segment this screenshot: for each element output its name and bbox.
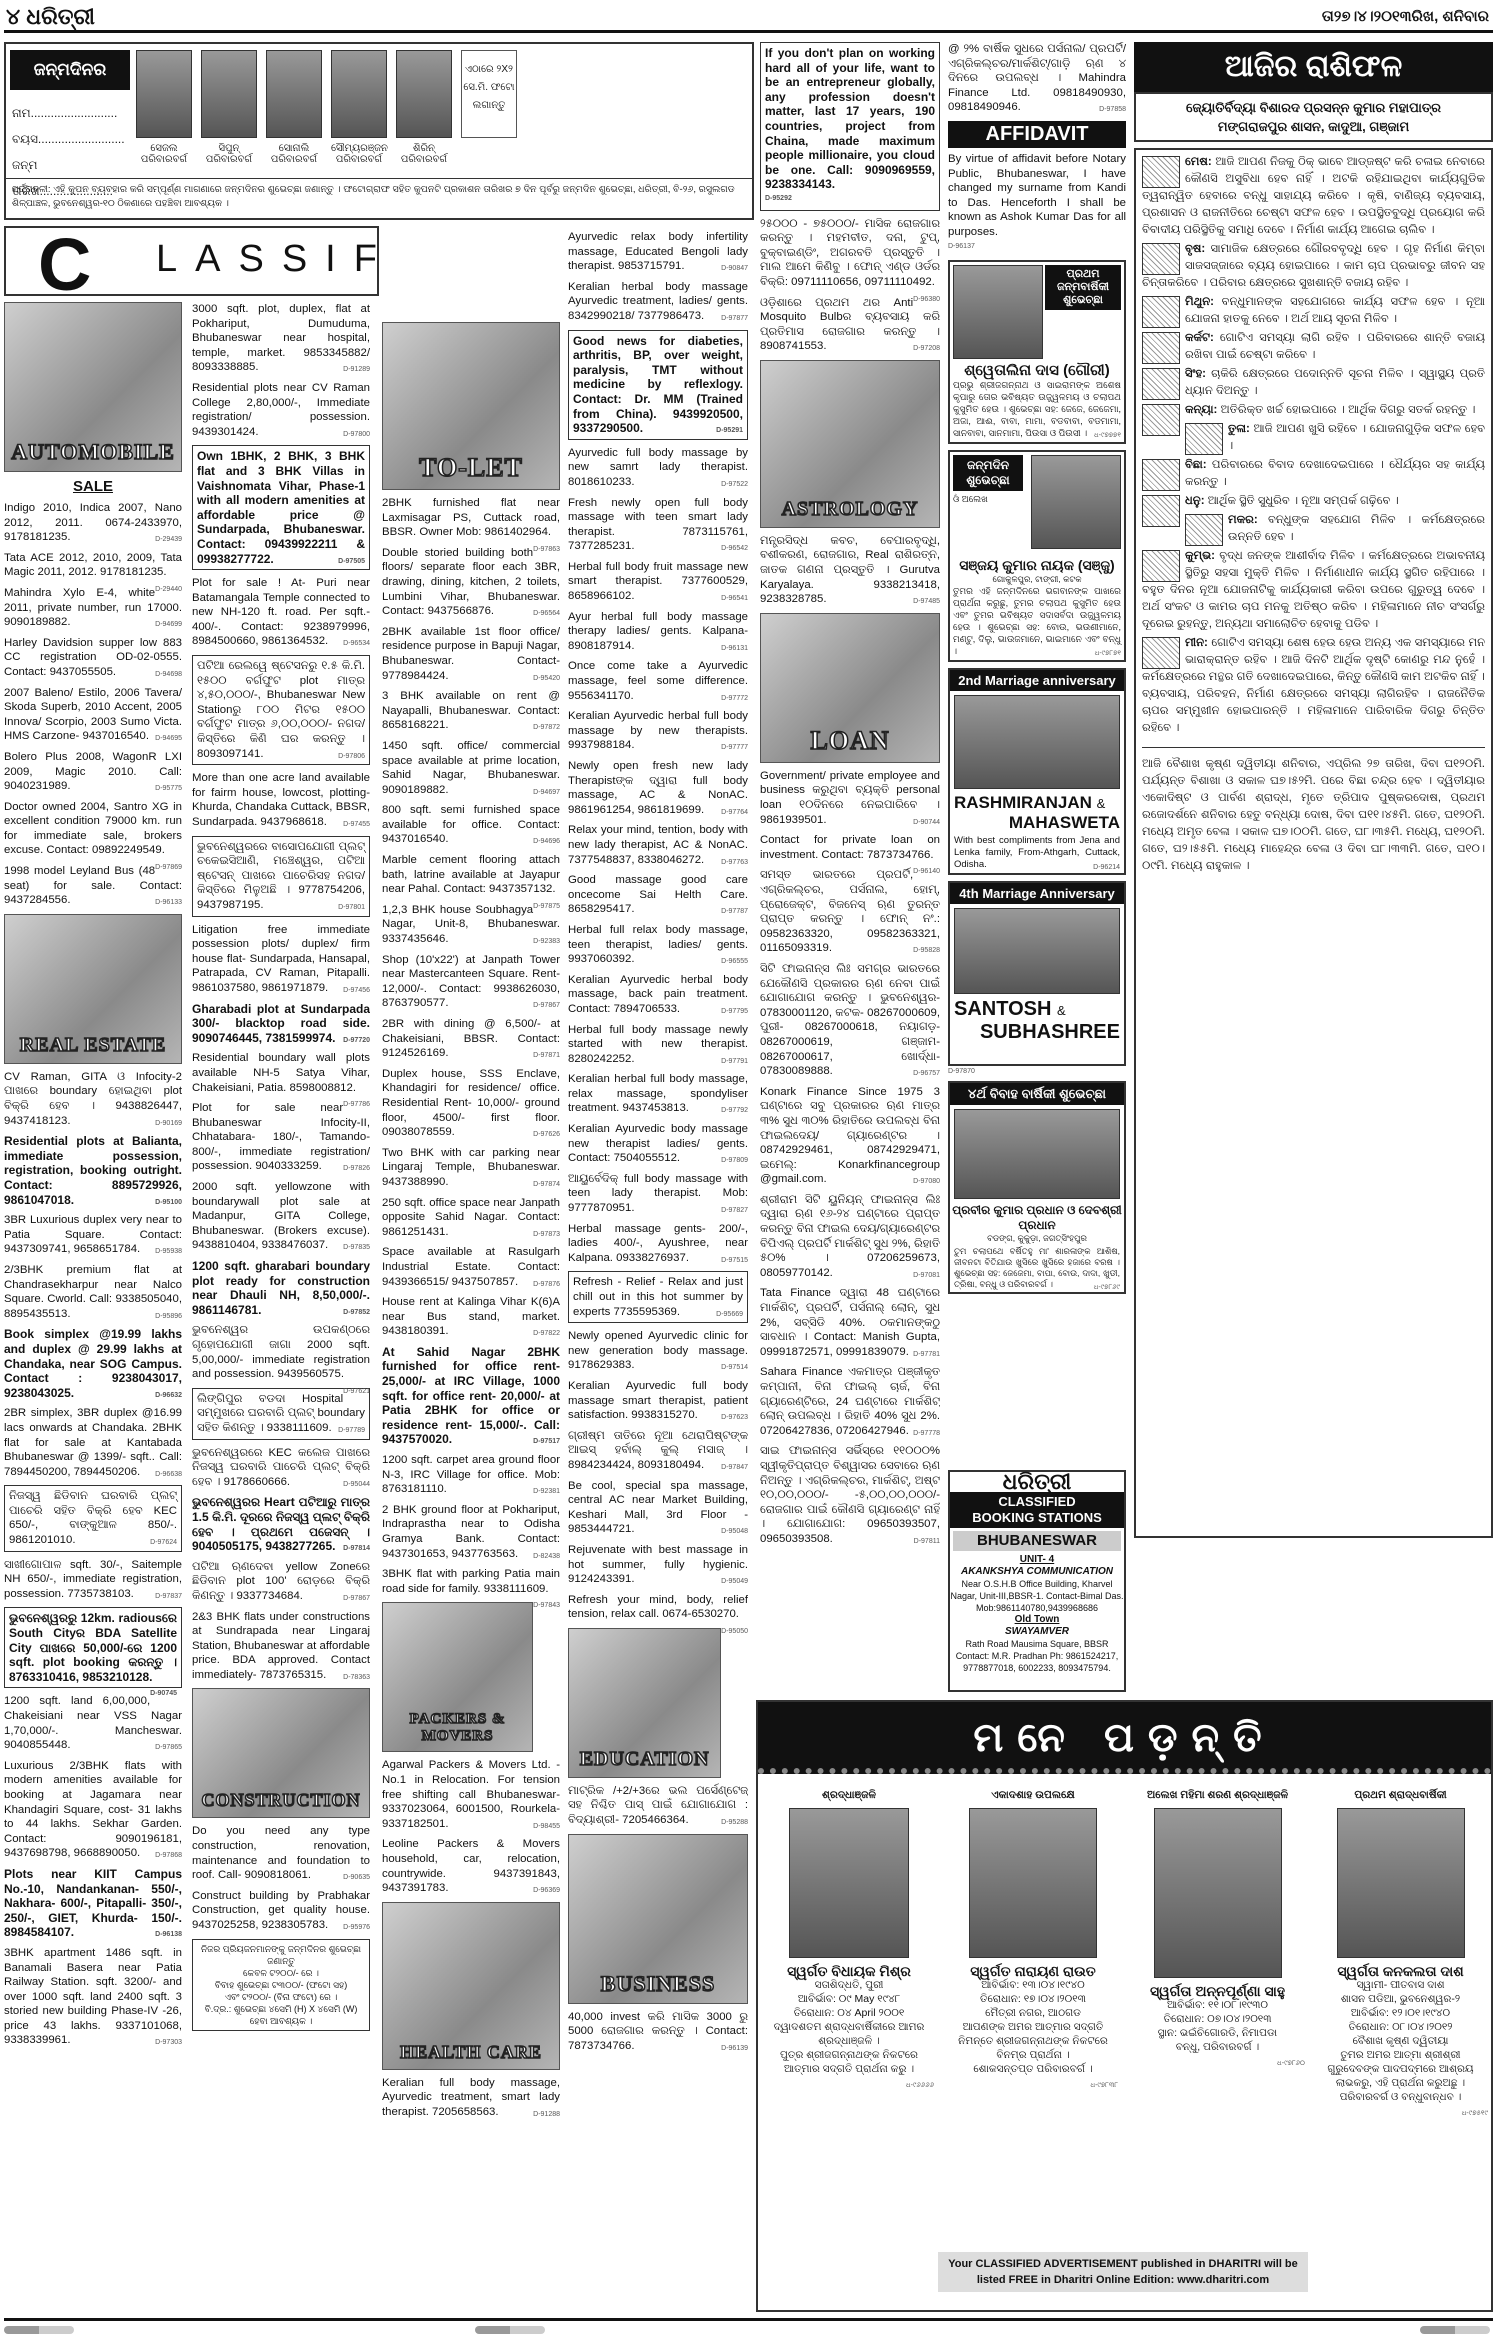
top-rule <box>4 30 1493 33</box>
classified-ad: Keralian full body massage, Ayurvedic tr… <box>382 2076 560 2120</box>
to-let-image: TO-LET <box>382 322 560 490</box>
classified-ad: Herbal massage gents- 200/-, ladies 400/… <box>568 1222 748 1266</box>
classified-ad: ଭୁବନେଶ୍ୱର ଉପକଣ୍ଠରେ ଗୃହୋପଯୋଗୀ ଜାଗା 2000 s… <box>192 1323 370 1381</box>
classified-ad: 800 sqft. semi furnished space available… <box>382 803 560 847</box>
classified-ad: Luxurious 2/3BHK flats with modern ameni… <box>4 1759 182 1861</box>
page-marker-right <box>1420 2326 1490 2334</box>
classified-ad: More than one acre land available for fa… <box>192 771 370 829</box>
classified-ad: ଭୁବନେଶ୍ୱରରୁ 12km. radiousରେ South Cityର … <box>4 1607 182 1688</box>
classified-ad: Ayurvedic relax body infertility massage… <box>568 230 748 274</box>
classified-ad: 2BHK available 1st floor office/ residen… <box>382 625 560 683</box>
classified-ad: Doctor owned 2004, Santro XG in excellen… <box>4 800 182 858</box>
classified-ad: Refresh - Relief - Relax and just chill … <box>568 1271 748 1323</box>
classified-ad: ପଟିଆ ଋଣଦେବା yellow Zoneରେ ଛିଡିବାନ plot 1… <box>192 1560 370 1604</box>
classified-ad: 1200 sqft. carpet area ground floor N-3,… <box>382 1453 560 1497</box>
classified-ad: ଭୁବନେଶ୍ୱରର Heart ପଟିଆରୁ ମାତ୍ର 1.5 କି.ମି.… <box>192 1495 370 1553</box>
classified-ad: 3 BHK available on rent @ Nayapalli, Bhu… <box>382 689 560 733</box>
classified-ad: ଭୁବନେଶ୍ୱରରେ ବାସୋପଯୋଗୀ ପ୍ଲଟ୍ ଚକେଇସିଆଣି, ମ… <box>192 836 370 917</box>
column-massage: Ayurvedic relax body infertility massage… <box>568 230 748 2312</box>
almanac: ଆଜି ବୈଶାଖ କୃଷ୍ଣ ଦ୍ୱିତୀୟା ଶନିବାର, ଏପ୍ରିଲ … <box>1142 747 1485 875</box>
classified-ad: Be cool, special spa massage, central AC… <box>568 1479 748 1537</box>
page-number-masthead: ୪ ଧରିତ୍ରୀ <box>6 4 95 30</box>
classified-ad: Keralian herbal body massage Ayurvedic t… <box>568 280 748 324</box>
child-photo <box>266 50 322 138</box>
classified-ad: Do you need any type construction, renov… <box>192 1824 370 1882</box>
classified-ad: Residential boundary wall plots availabl… <box>192 1051 370 1095</box>
classified-ad: Residential plots near CV Raman College … <box>192 381 370 439</box>
mosquito-ad: ଓଡ଼ିଶାରେ ପ୍ରଥମ ଥର Anti Mosquito Bulbର ବ୍… <box>760 296 940 354</box>
banner-letter-c: C <box>38 226 91 296</box>
entrepreneur-ad: If you don't plan on working hard all of… <box>760 42 940 211</box>
classified-ad: Keralian Ayurvedic full body massage sma… <box>568 1379 748 1423</box>
classified-ad: Tata ACE 2012, 2010, 2009, Tata Magic 20… <box>4 551 182 580</box>
business-image: BUSINESS <box>568 1834 748 2004</box>
automobile-image: AUTOMOBILE <box>4 302 182 472</box>
classified-ad: 2BR with dining @ 6,500/- at Chakeisiani… <box>382 1017 560 1061</box>
real-estate-image: REAL ESTATE <box>4 914 182 1064</box>
online-edition-note[interactable]: Your CLASSIFIED ADVERTISEMENT published … <box>938 2252 1308 2292</box>
sign-entry: ମେଷ: ଆଜି ଆପଣ ନିଜକୁ ଠିକ୍ ଭାବେ ଆଡ୍‌ଜଷ୍ଟ କର… <box>1142 154 1485 239</box>
couple-photo <box>954 695 1120 789</box>
classified-ad: 3000 sqft. plot, duplex, flat at Pokhari… <box>192 302 370 375</box>
sign-entry: କନ୍ୟା: ଅତିରିକ୍ତ ଖର୍ଚ୍ଚ ହୋଇପାରେ । ଆର୍ଥିକ … <box>1142 402 1485 419</box>
aquarius-icon <box>1142 550 1180 582</box>
sign-entry: ବୃଷ: ସାମାଜିକ କ୍ଷେତ୍ରରେ ଗୌରବବୃଦ୍ଧି ହେବ । … <box>1142 241 1485 292</box>
greeting-tag: ଜନ୍ମଦିନ ଶୁଭେଚ୍ଛା <box>953 455 1023 491</box>
fourth-anniversary-greeting: 4th Marriage Anniversary SANTOSH & SUBHA… <box>948 881 1126 1066</box>
photo-slot[interactable]: ଏଠାରେ ୨X୨ ସେ.ମି. ଫଟୋ ଲଗାନ୍ତୁ <box>461 50 517 138</box>
astrology-image: ASTROLOGY <box>760 360 940 528</box>
construction-image: CONSTRUCTION <box>192 1688 370 1818</box>
classified-ad: Government/ private employee and busines… <box>760 769 940 827</box>
sign-entry: ବିଛା: ପରିବାରରେ ବିବାଦ ଦେଖାଦେଇପାରେ । ଧୈର୍ଯ… <box>1142 457 1485 491</box>
issue-date: ତା୨୭।୪।୨୦୧୩ରିଖ, ଶନିବାର <box>1322 8 1489 25</box>
classified-ad: 250 sqft. office space near Janpath oppo… <box>382 1196 560 1240</box>
classified-banner: C LASSIFIED <box>4 226 379 296</box>
column-automobile-realestate: AUTOMOBILE SALE Indigo 2010, Indica 2007… <box>4 302 182 2312</box>
mahindra-ad: @ ୨% ବାର୍ଷିକ ସୁଧରେ ପର୍ସନାଲ/ ପ୍ରପର୍ଟି/ଏଗ୍… <box>948 42 1126 115</box>
classified-ad: Contact for private loan on investment. … <box>760 833 940 862</box>
loan-image: LOAN <box>760 613 940 763</box>
classified-ad: Tata Finance ଦ୍ୱାରା 48 ଘଣ୍ଟାରେ ମାର୍କଶିଟ୍… <box>760 1286 940 1359</box>
classified-ad: Fresh newly open full body massage with … <box>568 496 748 554</box>
classified-ad: Keralian Ayurvedic herbal full body mass… <box>568 709 748 753</box>
page-marker-center <box>475 2326 545 2334</box>
second-anniversary-greeting: 2nd Marriage anniversary RASHMIRANJAN & … <box>948 668 1126 875</box>
name-field[interactable]: ନାମ.......................... <box>12 100 132 126</box>
child-card: ସୌମ୍ୟରଞ୍ଜନପରିବାରବର୍ଗ <box>331 50 387 165</box>
child-card: ସୋନାଲିପରିବାରବର୍ଗ <box>266 50 322 165</box>
classified-ad: Two BHK with car parking near Lingaraj T… <box>382 1146 560 1190</box>
coupon-title: ଜନ୍ମଦିନର ଶୁଭେଚ୍ଛା <box>10 50 130 90</box>
obituary-card: ଅଲେଖ ମହିମା ଶରଣ ଶ୍ରଦ୍ଧାଞ୍ଜଳି ସ୍ୱର୍ଗତା ଅନ୍… <box>1130 1788 1305 2071</box>
banner-text: LASSIFIED <box>156 238 379 281</box>
column-realestate-2: 3000 sqft. plot, duplex, flat at Pokhari… <box>192 302 370 2312</box>
sign-entry: ମୀନ: ଗୋଟିଏ ସମସ୍ୟା ଶେଷ ହେଉ ହେଉ ଅନ୍ୟ ଏକ ସମ… <box>1142 635 1485 737</box>
classified-ad: 3BR Luxurious duplex very near to Patia … <box>4 1213 182 1257</box>
pisces-icon <box>1142 637 1180 669</box>
classified-ad: Harley Davidsion supper low 883 CC regis… <box>4 636 182 680</box>
obituary-card: ପ୍ରଥମ ଶ୍ରାଦ୍ଧବାର୍ଷିକୀ ସ୍ୱର୍ଗତା କନକଲତା ଦା… <box>1313 1788 1488 2121</box>
health-care-image: HEALTH CARE <box>382 1902 560 2070</box>
horoscope-section: ଆଜିର ରାଶିଫଳ ଜ୍ୟୋତିର୍ବିଦ୍ୟା ବିଶାରଦ ପ୍ରସନ୍… <box>1134 42 1493 1692</box>
sign-entry: ଧନୁ: ଆର୍ଥିକ ସ୍ଥିତି ସୁଧୁରିବ । ନୂଆ ସମ୍ପର୍କ… <box>1142 493 1485 510</box>
classified-ad: Newly opened Ayurvedic clinic for new ge… <box>568 1329 748 1373</box>
bottom-rule <box>4 2318 1493 2321</box>
sign-entry: ତୁଳା: ଆଜି ଆପଣ ଖୁସି ରହିବେ । ଯୋଜନାଗୁଡ଼ିକ ସ… <box>1142 421 1485 455</box>
classified-ad: Newly open fresh new lady Therapistଙ୍କ ଦ… <box>568 759 748 817</box>
obituary-photo <box>1154 1808 1282 1978</box>
classified-ad: ଭୁବନେଶ୍ୱରରେ KEC କଲେଜ ପାଖରେ ନିଜସ୍ୱ ଘରବାରି… <box>192 1446 370 1490</box>
page-marker-left <box>4 2326 74 2334</box>
classified-ad: 2007 Baleno/ Estilo, 2006 Tavera/ Skoda … <box>4 686 182 744</box>
classified-ad: ସାଖୀଗୋପାଳ sqft. 30/-, Saitemple NH 650/-… <box>4 1558 182 1602</box>
classified-ad: ସମସ୍ତ ଭାରତରେ ପ୍ରପର୍ଟି, ଏଗ୍ରିକଲ୍ଚର, ପର୍ସନ… <box>760 868 940 956</box>
libra-icon <box>1185 423 1223 455</box>
classified-ad: Konark Finance Since 1975 3 ଘଣ୍ଟାରେ ସବୁ … <box>760 1085 940 1187</box>
packers-movers-image: PACKERS & MOVERS <box>382 1602 533 1752</box>
classified-ad: Herbal full body massage newly started w… <box>568 1023 748 1067</box>
sign-entry: କର୍କଟ: ଗୋଟିଏ ସମସ୍ୟା ଲାଗି ରହିବ । ପରିବାରରେ… <box>1142 330 1485 364</box>
classified-ad: Sahara Finance ଏକମାତ୍ର ପଞ୍ଜୀକୃତ କମ୍ପାନୀ,… <box>760 1365 940 1438</box>
classified-ad: Plot for sale ! At- Puri near Batamangal… <box>192 576 370 649</box>
classified-ad: Own 1BHK, 2 BHK, 3 BHK flat and 3 BHK Vi… <box>192 445 370 570</box>
birthday-coupon: ଜନ୍ମଦିନର ଶୁଭେଚ୍ଛା ନାମ...................… <box>4 42 754 220</box>
classified-ad: 1200 sqft. gharabari boundary plot ready… <box>192 1259 370 1317</box>
classified-ad: Gharabadi plot at Sundarpada 300/- black… <box>192 1002 370 1046</box>
obituary-photo <box>1337 1808 1465 1958</box>
classified-ad: Relax your mind, tention, body with new … <box>568 823 748 867</box>
obituary-card: ଶ୍ରଦ୍ଧାଞ୍ଜଳି ସ୍ୱର୍ଗତ ବିଧାୟକ ମିଶ୍ର ସତାଶିଦ… <box>764 1788 934 2093</box>
affidavit-heading: AFFIDAVIT <box>948 121 1126 148</box>
classified-ad: ମନ୍ତ୍ରସିଦ୍ଧ କବଚ, ବେପାରବୃଦ୍ଧି, ବଶୀକରଣ, ରୋ… <box>760 534 940 607</box>
child-photo <box>136 50 192 138</box>
classified-ad: Leoline Packers & Movers household, car,… <box>382 1837 560 1895</box>
sign-entry: ସିଂହ: ଚାକିରି କ୍ଷେତ୍ରରେ ପଦୋନ୍ନତି ସୂଚନା ମି… <box>1142 366 1485 400</box>
classified-ad: House rent at Kalinga Vihar K(6)A near B… <box>382 1295 560 1339</box>
classified-ad: Residential plots at Balianta, immediate… <box>4 1134 182 1207</box>
classified-ad: Refresh your mind, body, relief tension,… <box>568 1593 748 1622</box>
sagittarius-icon <box>1142 495 1180 527</box>
classified-ad: Ayurvedic full body massage by new samrt… <box>568 446 748 490</box>
classified-ad: ପଟିଆ ରେଲୱେ ଷ୍ଟେସନରୁ ୧.୫ କି.ମି. ୧୫୦୦ ବର୍ଗ… <box>192 655 370 765</box>
classified-ad: 1450 sqft. office/ commercial space avai… <box>382 739 560 797</box>
classified-ad: Rejuvenate with best massage in hot summ… <box>568 1543 748 1587</box>
first-birthday-greeting: ପ୍ରଥମ ଜନ୍ମବାର୍ଷିକୀ ଶୁଭେଚ୍ଛା ଶ୍ୱେତାଲିନା ଦ… <box>948 260 1126 444</box>
classified-ad: Plots near KIIT Campus No.-10, Nandankan… <box>4 1867 182 1940</box>
classified-ad: 3BHK flat with parking Patia main road s… <box>382 1567 560 1596</box>
child-photo <box>331 50 387 138</box>
classified-ad: Ayur herbal full body massage therapy la… <box>568 610 748 654</box>
classified-ad: 2BR simplex, 3BR duplex @16.99 lacs onwa… <box>4 1406 182 1479</box>
greeting-name: ସଞ୍ଜୟ କୁମାର ନାୟକ (ସଞ୍ଜୁ) <box>953 557 1121 574</box>
classified-ad: Herbal full relax body massage, teen the… <box>568 923 748 967</box>
classified-ad: 3BHK apartment 1486 sqft. in Banamali Ba… <box>4 1946 182 2048</box>
classified-ad: Duplex house, SSS Enclave, Khandagiri fo… <box>382 1067 560 1140</box>
child-card: ଶିରିନ୍ପରିବାରବର୍ଗ <box>396 50 452 165</box>
classified-ad: ଗ୍ରୀଷ୍ମ ତାତିରେ ନୂଆ ଥେରାପିଷ୍ଟଙ୍କ ଆଇସ୍ ହର୍… <box>568 1429 748 1473</box>
classified-ad: Keralian herbal full body massage, relax… <box>568 1072 748 1116</box>
fourth-anniversary-odia-greeting: ୪ର୍ଥ ବିବାହ ବାର୍ଷିକୀ ଶୁଭେଚ୍ଛା ପ୍ରବୀର କୁମା… <box>948 1081 1126 1294</box>
classified-ad: ମାଟ୍ରିକ /+2/+3ରେ ଭଲ ପର୍ସେଣ୍ଟେଜ୍ ସହ ନିଶ୍ଚ… <box>568 1784 748 1828</box>
sign-entry: କୁମ୍ଭ: ବୃଦ୍ଧ ଜନଙ୍କ ଆଶୀର୍ବାଦ ମିଳିବ । କର୍ମ… <box>1142 548 1485 633</box>
classified-ad: ଆୟୁର୍ବେଦିକ୍ full body massage with teen … <box>568 1172 748 1216</box>
scorpio-icon <box>1142 459 1180 491</box>
greeting-name: ଶ୍ୱେତାଲିନା ଦାସ (ଗୌରୀ) <box>953 362 1121 379</box>
sign-entry: ମିଥୁନ: ବନ୍ଧୁମାନଙ୍କ ସହଯୋଗରେ କାର୍ଯ୍ୟ ସଫଳ ହ… <box>1142 294 1485 328</box>
classified-ad: 1200 sqft. land 6,00,000, Chakeisiani ne… <box>4 1694 182 1752</box>
person-photo <box>1031 455 1121 549</box>
cancer-icon <box>1142 332 1180 364</box>
classified-ad: Bolero Plus 2008, WagonR LXI 2009, Magic… <box>4 750 182 794</box>
coupon-terms: ସର୍ତ୍ତାବଳୀ: ଏହି କୁପନ ବ୍ୟବହାର କରି ସମ୍ପୂର୍… <box>6 178 752 215</box>
horoscope-title: ଆଜିର ରାଶିଫଳ <box>1134 42 1493 92</box>
classified-ad: 2000 sqft. yellowzone with boundarywall … <box>192 1180 370 1253</box>
income-ad: ୨୫୦୦୦ - ୭୫୦୦୦/- ମାସିକ ରୋଜଗାର କରନ୍ତୁ । ମହ… <box>760 217 940 290</box>
classified-ad: Indigo 2010, Indica 2007, Nano 2012, 201… <box>4 501 182 545</box>
classified-ad: Construct building by Prabhakar Construc… <box>192 1889 370 1933</box>
obituary-card: ଏକାଦଶାହ ଉପଲକ୍ଷେ ସ୍ୱର୍ଗତ ନାରାୟଣ ରାଉତ ଆବିର… <box>948 1788 1118 2093</box>
classified-ad: 40,000 invest କରି ମାସିକ 3000 ରୁ 5000 ରୋଜ… <box>568 2010 748 2054</box>
child-photo <box>201 50 257 138</box>
classified-ad: Agarwal Packers & Movers Ltd. - No.1 in … <box>382 1758 560 1831</box>
greeting-tag: ପ୍ରଥମ ଜନ୍ମବାର୍ଷିକୀ ଶୁଭେଚ୍ଛା <box>1045 265 1121 310</box>
classified-ad: Keralian Ayurvedic herbal body massage, … <box>568 973 748 1017</box>
classified-ad: Once come take a Ayurvedic massage, feel… <box>568 659 748 703</box>
age-field[interactable]: ବୟସ.......................... <box>12 126 132 152</box>
capricorn-icon <box>1185 514 1223 546</box>
classified-ad: CV Raman, GITA ଓ Infocity-2 ପାଖରେ bounda… <box>4 1070 182 1128</box>
classified-ad: 2&3 BHK flats under constructions at Sun… <box>192 1610 370 1683</box>
child-photo <box>396 50 452 138</box>
classified-ad: ନିଜସ୍ୱ ଛିଡିବାନ ଘରବାରି ପ୍ଲଟ୍ ପାଚେରି ସହିତ … <box>4 1485 182 1551</box>
obituary-banner: ମନେ ପଡ଼ନ୍ତି <box>758 1702 1491 1774</box>
classified-ad: Marble cement flooring attach bath, latr… <box>382 853 560 897</box>
education-image: EDUCATION <box>568 1628 721 1778</box>
column-greetings: @ ୨% ବାର୍ଷିକ ସୁଧରେ ପର୍ସନାଲ/ ପ୍ରପର୍ଟି/ଏଗ୍… <box>948 42 1126 1562</box>
classified-ad: ସାଇ ଫାଇନାନ୍ସ ସର୍ଭିସ୍‌ରେ ୧୧୦୦୦% ସ୍ୱୀକୃତିପ… <box>760 1444 940 1546</box>
classified-ad: ସିଟି ଫାଇନାନ୍ସ ଲିଃ ସମଗ୍ର ଭାରତରେ ଯେକୌଣସି ପ… <box>760 962 940 1079</box>
classified-ad: At Sahid Nagar 2BHK furnished for office… <box>382 1345 560 1447</box>
affidavit-text: By virtue of affidavit before Notary Pub… <box>948 152 1126 254</box>
column-tolet: TO-LET 2BHK furnished flat near Laxmisag… <box>382 322 560 2312</box>
gemini-icon <box>1142 296 1180 328</box>
classified-ad: Space available at Rasulgarh Industrial … <box>382 1245 560 1289</box>
child-photo <box>953 265 1043 359</box>
classified-ad: 2 BHK ground floor at Pokhariput, Indrap… <box>382 1503 560 1561</box>
classified-ad: Litigation free immediate possession plo… <box>192 923 370 996</box>
classified-ad: 2BHK furnished flat near Laxmisagar PS, … <box>382 496 560 540</box>
couple-photo <box>954 1109 1120 1199</box>
classified-ad: Good news for diabeties, arthritis, BP, … <box>568 330 748 440</box>
classified-ad: Herbal full body fruit massage new smart… <box>568 560 748 604</box>
obituary-section: ମନେ ପଡ଼ନ୍ତି ଶ୍ରଦ୍ଧାଞ୍ଜଳି ସ୍ୱର୍ଗତ ବିଧାୟକ … <box>756 1700 1493 2312</box>
classified-ad: Book simplex @19.99 lakhs and duplex @ 2… <box>4 1327 182 1400</box>
astrologer-place: ମଙ୍ଗରାଜପୁର ଶାସନ, କାଦୁଆ, ଗଞ୍ଜାମ <box>1140 117 1487 136</box>
classified-ad: 2/3BHK premium flat at Chandrasekharpur … <box>4 1263 182 1321</box>
dharitri-logo: ଧରିତ୍ରୀ <box>950 1472 1124 1492</box>
obituary-photo <box>969 1808 1097 1958</box>
astrologer-name: ଜ୍ୟୋତିର୍ବିଦ୍ୟା ବିଶାରଦ ପ୍ରସନ୍ନ କୁମାର ମହାପ… <box>1140 98 1487 117</box>
classified-ad: Shop (10'x22') at Janpath Tower near Mas… <box>382 953 560 1011</box>
taurus-icon <box>1142 243 1180 275</box>
classified-ad: ଶ୍ରୀରାମ ସିଟି ୟୁନିୟନ୍ ଫାଇନାନ୍ସ ଲିଃ ଦ୍ୱାରା… <box>760 1193 940 1281</box>
wish-rates-box: ନିଜର ପ୍ରିୟଜନମାନଙ୍କୁ ଜନ୍ମଦିନର ଶୁଭେଚ୍ଛା ଜଣ… <box>192 1939 370 2031</box>
virgo-icon <box>1142 404 1180 436</box>
sign-entry: ମକର: ବନ୍ଧୁଙ୍କ ସହଯୋଗ ମିଳିବ । କର୍ମକ୍ଷେତ୍ରର… <box>1142 512 1485 546</box>
birthday-greeting: ଜନ୍ମଦିନ ଶୁଭେଚ୍ଛା ଓଁ ଅଲେଖ ସଞ୍ଜୟ କୁମାର ନାୟ… <box>948 450 1126 662</box>
aries-icon <box>1142 156 1180 188</box>
child-card: ସିପୁନ୍ପରିବାରବର୍ଗ <box>201 50 257 165</box>
leo-icon <box>1142 368 1180 400</box>
booking-stations: ଧରିତ୍ରୀ CLASSIFIEDBOOKING STATIONS BHUBA… <box>948 1470 1126 1692</box>
child-card: ସେଜଲପରିବାରବର୍ଗ <box>136 50 192 165</box>
classified-ad: Keralian Ayurvedic body massage new ther… <box>568 1122 748 1166</box>
obituary-photo <box>789 1808 909 1958</box>
classified-ad: Good massage good care oncecome Sai Helt… <box>568 873 748 917</box>
couple-photo <box>954 908 1120 994</box>
sale-heading: SALE <box>4 478 182 495</box>
